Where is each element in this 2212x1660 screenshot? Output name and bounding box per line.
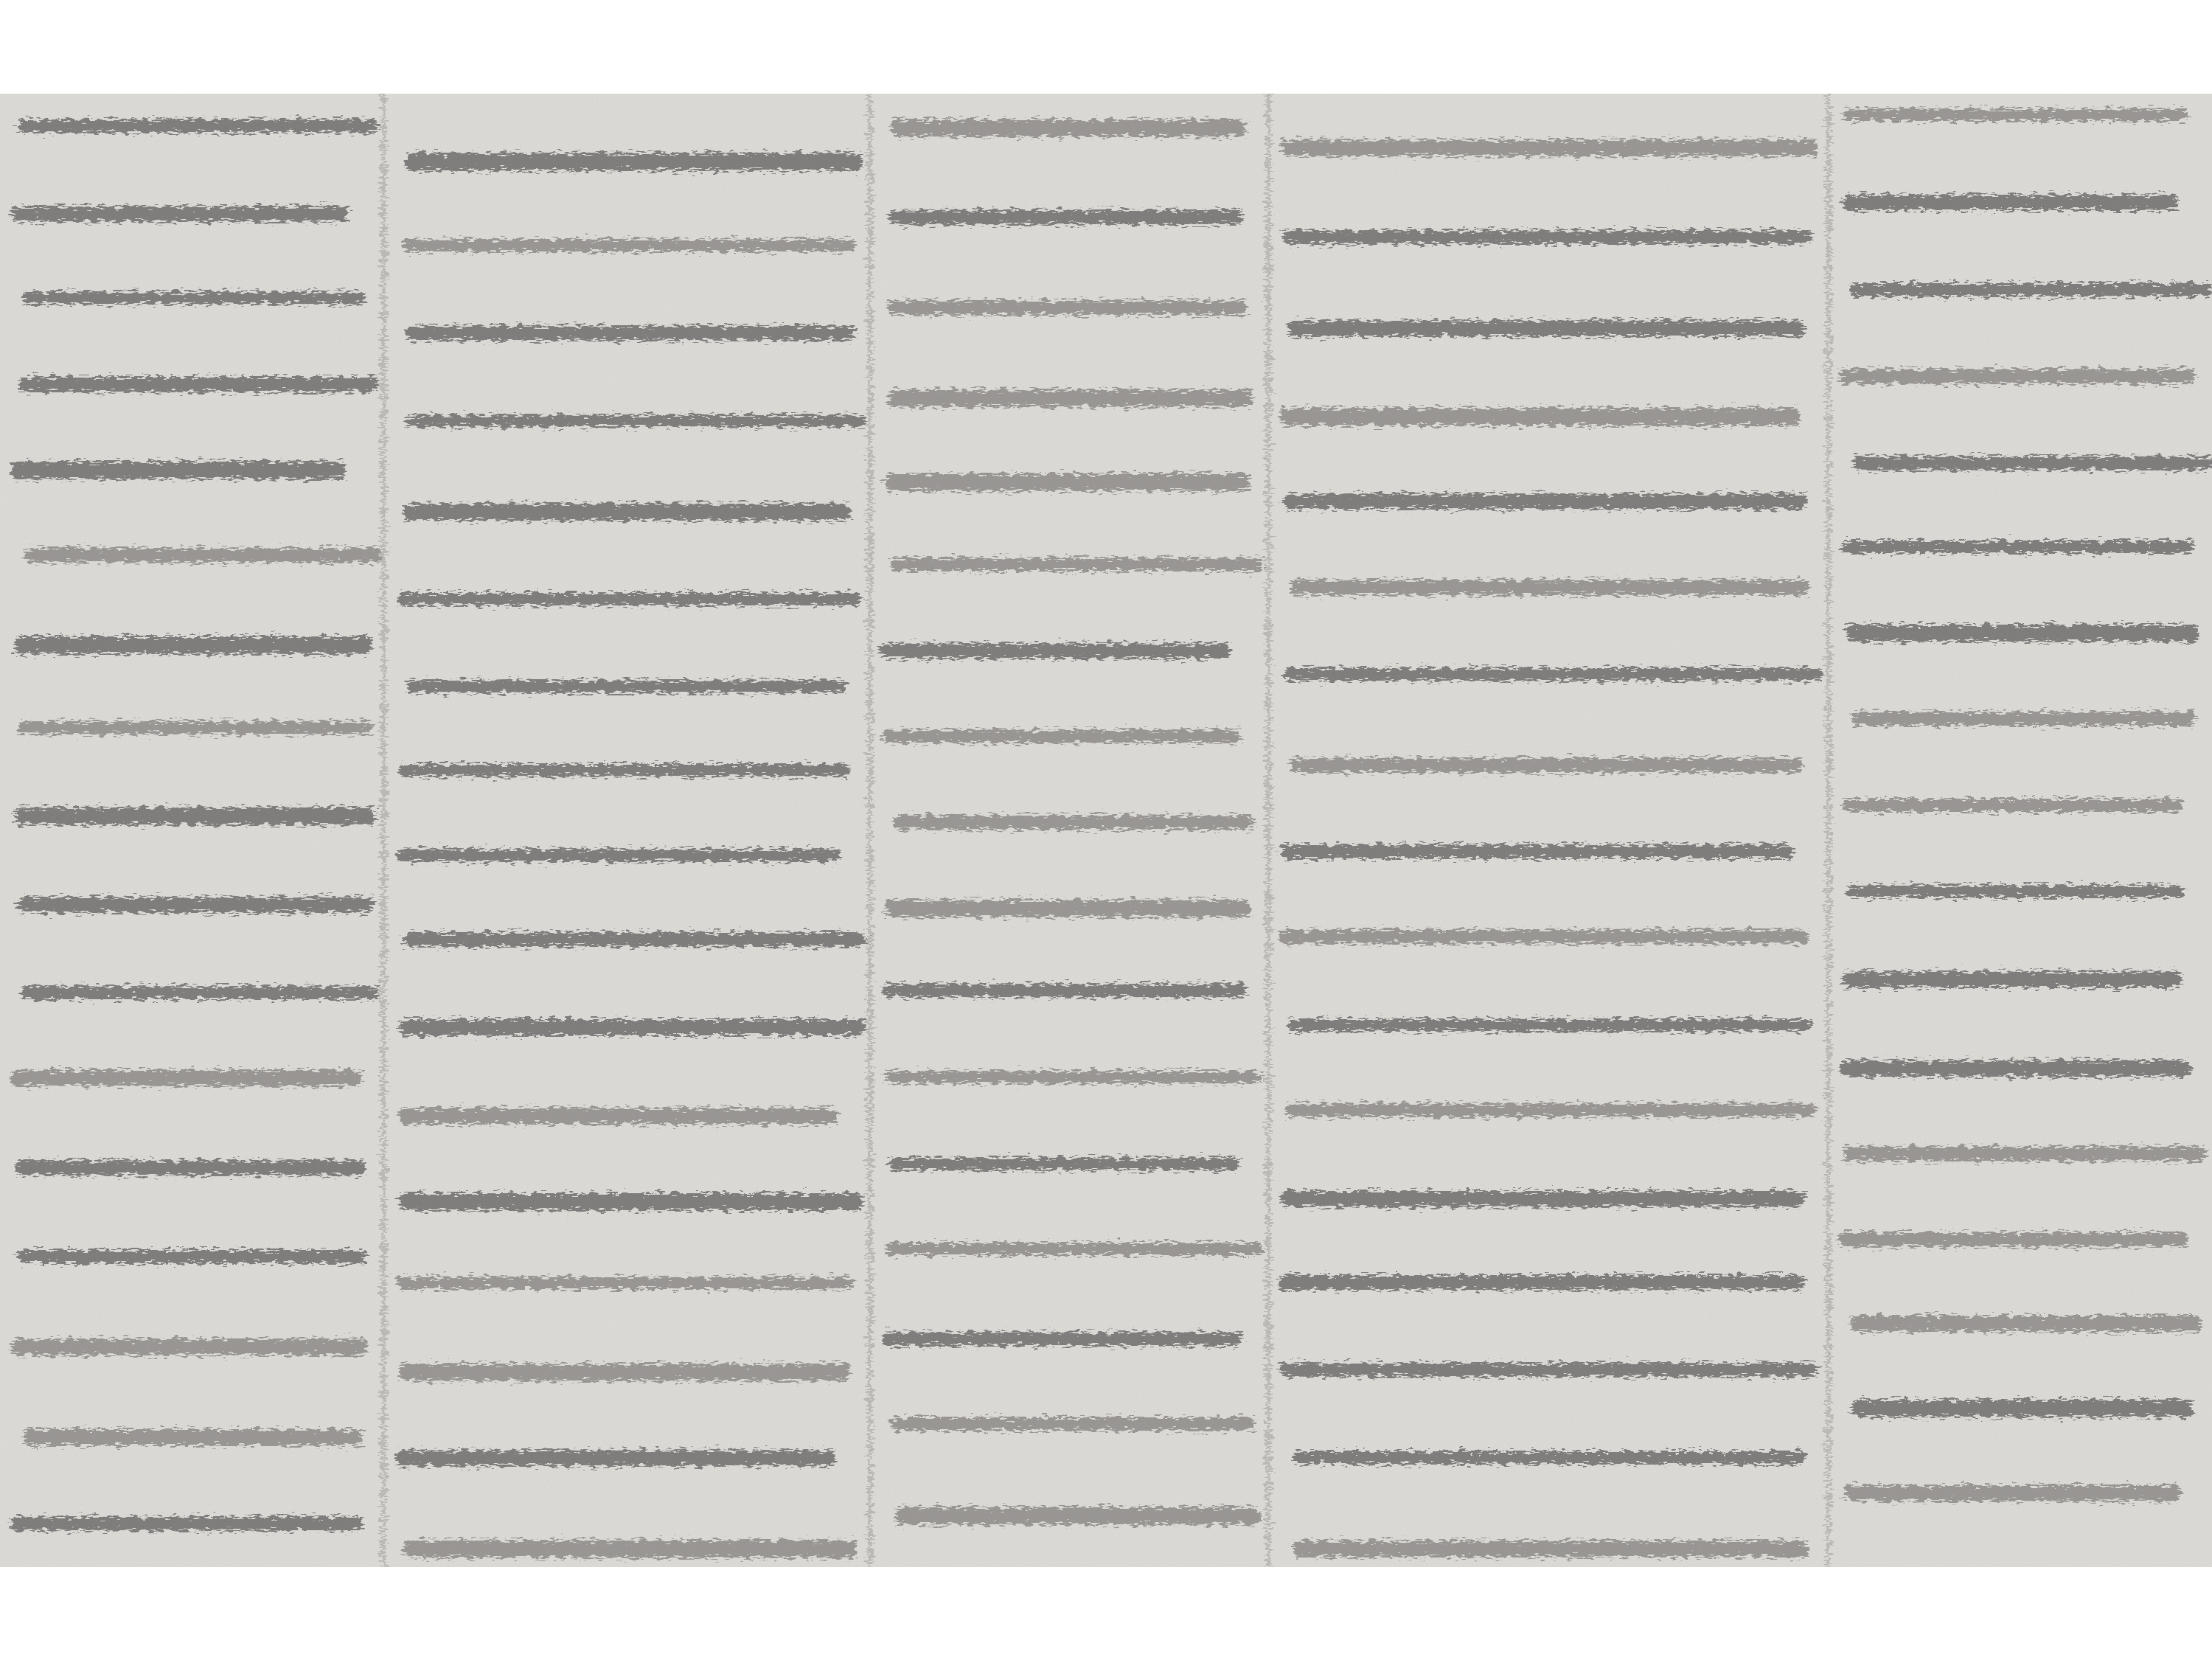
rug-photo (0, 94, 2212, 1567)
rug-texture (0, 94, 2212, 1567)
